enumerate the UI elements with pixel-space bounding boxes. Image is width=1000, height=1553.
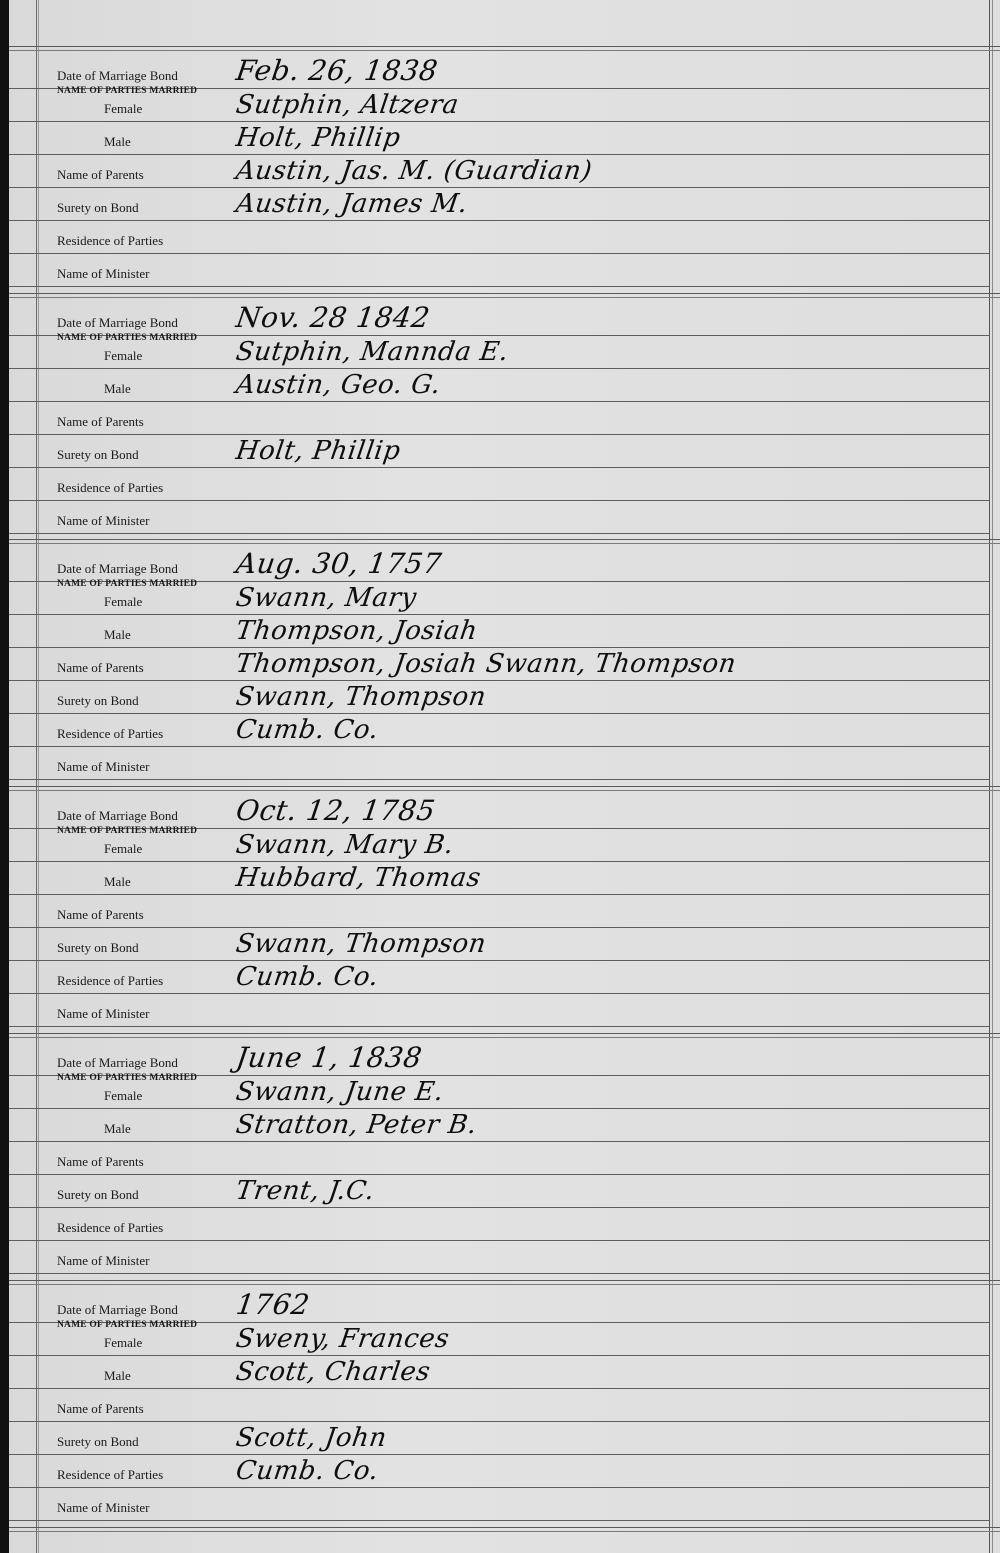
- value-surety: Austin, James M.: [234, 189, 470, 219]
- label-surety: Surety on Bond: [57, 940, 139, 956]
- label-parents: Name of Parents: [57, 660, 144, 676]
- value-female: Sutphin, Altzera: [234, 90, 461, 120]
- label-parties-heading: NAME OF PARTIES MARRIED: [57, 1320, 197, 1330]
- label-date: Date of Marriage Bond: [57, 808, 178, 824]
- label-parties-heading: NAME OF PARTIES MARRIED: [57, 86, 197, 96]
- row-surety: Surety on Bond Holt, Phillip: [9, 435, 990, 468]
- value-male: Thompson, Josiah: [234, 616, 480, 646]
- label-surety: Surety on Bond: [57, 200, 139, 216]
- marriage-bond-entry: Date of Marriage Bond Nov. 28 1842 NAME …: [9, 299, 990, 546]
- marriage-bond-entry: Date of Marriage Bond Aug. 30, 1757 NAME…: [9, 545, 990, 792]
- row-date: Date of Marriage Bond Oct. 12, 1785: [9, 792, 990, 829]
- row-female: NAME OF PARTIES MARRIED Female Swann, Ju…: [9, 1076, 990, 1109]
- label-date: Date of Marriage Bond: [57, 315, 178, 331]
- row-female: NAME OF PARTIES MARRIED Female Swann, Ma…: [9, 582, 990, 615]
- marriage-bond-entry: Date of Marriage Bond Feb. 26, 1838 NAME…: [9, 52, 990, 299]
- label-female: Female: [104, 841, 142, 857]
- marriage-bond-entry: Date of Marriage Bond Oct. 12, 1785 NAME…: [9, 792, 990, 1039]
- row-parents: Name of Parents: [9, 1389, 990, 1422]
- label-residence: Residence of Parties: [57, 1467, 163, 1483]
- value-date: Feb. 26, 1838: [234, 54, 440, 87]
- label-male: Male: [104, 1368, 131, 1384]
- label-parents: Name of Parents: [57, 167, 144, 183]
- value-surety: Trent, J.C.: [234, 1176, 376, 1206]
- row-male: Male Thompson, Josiah: [9, 615, 990, 648]
- value-surety: Swann, Thompson: [234, 929, 488, 959]
- row-female: NAME OF PARTIES MARRIED Female Sweny, Fr…: [9, 1323, 990, 1356]
- label-minister: Name of Minister: [57, 1253, 149, 1269]
- row-surety: Surety on Bond Swann, Thompson: [9, 928, 990, 961]
- label-female: Female: [104, 1088, 142, 1104]
- entry-separator-rule: [9, 46, 1000, 51]
- value-male: Hubbard, Thomas: [234, 863, 483, 893]
- value-female: Swann, Mary B.: [234, 830, 456, 860]
- value-residence: Cumb. Co.: [234, 1456, 381, 1486]
- value-male: Scott, Charles: [234, 1357, 432, 1387]
- row-minister: Name of Minister: [9, 1241, 990, 1274]
- label-parties-heading: NAME OF PARTIES MARRIED: [57, 333, 197, 343]
- label-surety: Surety on Bond: [57, 447, 139, 463]
- label-female: Female: [104, 348, 142, 364]
- value-date: Nov. 28 1842: [234, 301, 432, 334]
- row-date: Date of Marriage Bond Aug. 30, 1757: [9, 545, 990, 582]
- label-date: Date of Marriage Bond: [57, 561, 178, 577]
- marriage-bond-entry: Date of Marriage Bond June 1, 1838 NAME …: [9, 1039, 990, 1286]
- value-residence: Cumb. Co.: [234, 962, 381, 992]
- label-female: Female: [104, 101, 142, 117]
- label-parents: Name of Parents: [57, 414, 144, 430]
- row-surety: Surety on Bond Austin, James M.: [9, 188, 990, 221]
- value-surety: Swann, Thompson: [234, 682, 488, 712]
- row-date: Date of Marriage Bond June 1, 1838: [9, 1039, 990, 1076]
- label-male: Male: [104, 381, 131, 397]
- label-surety: Surety on Bond: [57, 1187, 139, 1203]
- row-female: NAME OF PARTIES MARRIED Female Sutphin, …: [9, 89, 990, 122]
- value-female: Swann, Mary: [234, 583, 419, 613]
- value-date: Aug. 30, 1757: [234, 547, 444, 580]
- row-minister: Name of Minister: [9, 1488, 990, 1521]
- label-date: Date of Marriage Bond: [57, 1055, 178, 1071]
- value-male: Austin, Geo. G.: [234, 370, 443, 400]
- label-parents: Name of Parents: [57, 1401, 144, 1417]
- row-residence: Residence of Parties Cumb. Co.: [9, 714, 990, 747]
- label-parents: Name of Parents: [57, 1154, 144, 1170]
- label-male: Male: [104, 1121, 131, 1137]
- row-parents: Name of Parents: [9, 402, 990, 435]
- value-residence: Cumb. Co.: [234, 715, 381, 745]
- row-surety: Surety on Bond Swann, Thompson: [9, 681, 990, 714]
- label-residence: Residence of Parties: [57, 1220, 163, 1236]
- row-date: Date of Marriage Bond Feb. 26, 1838: [9, 52, 990, 89]
- row-minister: Name of Minister: [9, 994, 990, 1027]
- label-residence: Residence of Parties: [57, 233, 163, 249]
- label-surety: Surety on Bond: [57, 1434, 139, 1450]
- row-male: Male Stratton, Peter B.: [9, 1109, 990, 1142]
- label-male: Male: [104, 874, 131, 890]
- row-residence: Residence of Parties Cumb. Co.: [9, 1455, 990, 1488]
- label-residence: Residence of Parties: [57, 480, 163, 496]
- row-residence: Residence of Parties: [9, 221, 990, 254]
- label-male: Male: [104, 134, 131, 150]
- row-parents: Name of Parents Austin, Jas. M. (Guardia…: [9, 155, 990, 188]
- row-minister: Name of Minister: [9, 501, 990, 534]
- row-parents: Name of Parents: [9, 895, 990, 928]
- label-minister: Name of Minister: [57, 759, 149, 775]
- row-female: NAME OF PARTIES MARRIED Female Swann, Ma…: [9, 829, 990, 862]
- value-male: Holt, Phillip: [234, 123, 402, 153]
- value-female: Sweny, Frances: [234, 1324, 451, 1354]
- row-male: Male Holt, Phillip: [9, 122, 990, 155]
- value-date: Oct. 12, 1785: [234, 794, 438, 827]
- value-parents: Thompson, Josiah Swann, Thompson: [234, 649, 738, 679]
- row-residence: Residence of Parties: [9, 468, 990, 501]
- value-female: Swann, June E.: [234, 1077, 446, 1107]
- row-male: Male Hubbard, Thomas: [9, 862, 990, 895]
- label-residence: Residence of Parties: [57, 726, 163, 742]
- value-parents: Austin, Jas. M. (Guardian): [234, 156, 594, 186]
- label-minister: Name of Minister: [57, 513, 149, 529]
- label-date: Date of Marriage Bond: [57, 68, 178, 84]
- row-minister: Name of Minister: [9, 747, 990, 780]
- row-residence: Residence of Parties: [9, 1208, 990, 1241]
- row-date: Date of Marriage Bond 1762: [9, 1286, 990, 1323]
- label-female: Female: [104, 1335, 142, 1351]
- label-surety: Surety on Bond: [57, 693, 139, 709]
- value-date: June 1, 1838: [234, 1041, 424, 1074]
- row-male: Male Scott, Charles: [9, 1356, 990, 1389]
- label-residence: Residence of Parties: [57, 973, 163, 989]
- label-parties-heading: NAME OF PARTIES MARRIED: [57, 579, 197, 589]
- label-minister: Name of Minister: [57, 1006, 149, 1022]
- label-minister: Name of Minister: [57, 1500, 149, 1516]
- row-surety: Surety on Bond Trent, J.C.: [9, 1175, 990, 1208]
- value-female: Sutphin, Mannda E.: [234, 337, 510, 367]
- row-parents: Name of Parents: [9, 1142, 990, 1175]
- row-male: Male Austin, Geo. G.: [9, 369, 990, 402]
- value-date: 1762: [234, 1288, 312, 1321]
- label-male: Male: [104, 627, 131, 643]
- value-surety: Holt, Phillip: [234, 436, 402, 466]
- register-page: Date of Marriage Bond Feb. 26, 1838 NAME…: [0, 0, 1000, 1553]
- label-parties-heading: NAME OF PARTIES MARRIED: [57, 826, 197, 836]
- row-residence: Residence of Parties Cumb. Co.: [9, 961, 990, 994]
- label-female: Female: [104, 594, 142, 610]
- row-surety: Surety on Bond Scott, John: [9, 1422, 990, 1455]
- label-parents: Name of Parents: [57, 907, 144, 923]
- label-minister: Name of Minister: [57, 266, 149, 282]
- value-male: Stratton, Peter B.: [234, 1110, 479, 1140]
- label-parties-heading: NAME OF PARTIES MARRIED: [57, 1073, 197, 1083]
- label-date: Date of Marriage Bond: [57, 1302, 178, 1318]
- value-surety: Scott, John: [234, 1423, 389, 1453]
- row-minister: Name of Minister: [9, 254, 990, 287]
- marriage-bond-entry: Date of Marriage Bond 1762 NAME OF PARTI…: [9, 1286, 990, 1533]
- row-date: Date of Marriage Bond Nov. 28 1842: [9, 299, 990, 336]
- row-parents: Name of Parents Thompson, Josiah Swann, …: [9, 648, 990, 681]
- page-edge-shadow: [0, 0, 9, 1553]
- row-female: NAME OF PARTIES MARRIED Female Sutphin, …: [9, 336, 990, 369]
